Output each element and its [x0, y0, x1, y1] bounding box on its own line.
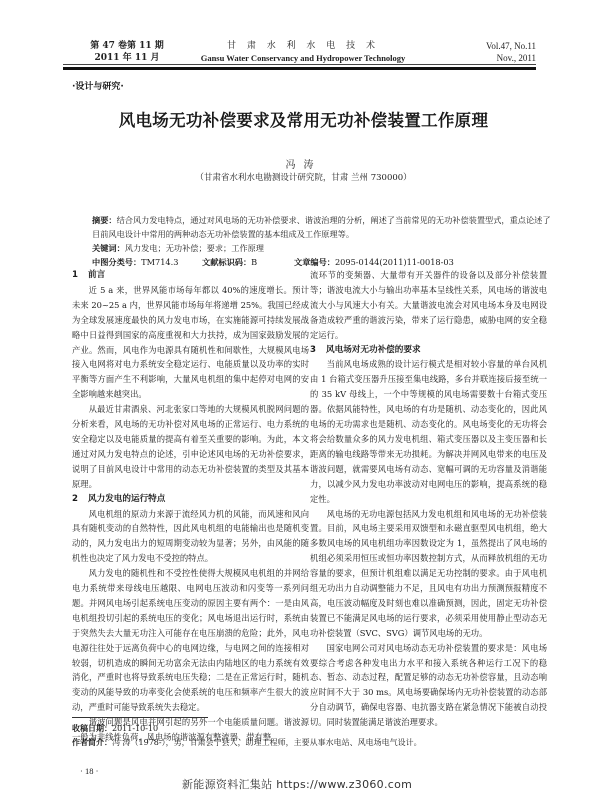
- abstract: 摘要：结合风力发电特点，通过对风电场的无功补偿要求、谐波治理的分析，阐述了当前常…: [92, 213, 552, 241]
- keywords: 关键词：风力发电；无功补偿；要求；工作原理: [92, 241, 552, 255]
- journal-name-cn: 甘 肃 水 利 水 电 技 术: [180, 40, 426, 52]
- paragraph: 风力发电的随机性和不受控性使得大规模风电机组的并网给电力系统带来母线电压越限、电…: [72, 566, 309, 715]
- header-rule-thick: [63, 67, 536, 70]
- paragraph: 国家电网公司对风电场动态无功补偿装置的要求是：风电场要综合考虑各种发电出力水平和…: [310, 641, 547, 730]
- author-bio: 作者简介：冯 涛（1978-），男，甘肃会宁县人，助理工程师，主要从事水电站、风…: [72, 736, 542, 750]
- received-label: 收稿日期：: [72, 724, 112, 733]
- paragraph: 从最近甘肃酒泉、河北张家口等地的大规模风机脱网问题的分析来看，风电场的无功补偿对…: [72, 402, 309, 491]
- issue-date: 2011 年 11 月: [72, 52, 182, 64]
- received-value: 2011-10-10: [112, 724, 158, 733]
- doc-code-label: 文献标识码：: [202, 257, 251, 267]
- footnote-rule: [72, 717, 208, 718]
- article-no-label: 文章编号：: [294, 257, 335, 267]
- volume-issue-en: Vol.47, No.11: [420, 40, 536, 52]
- paragraph: 风电场的无功电源包括风力发电机组和风电场的无功补偿装置。目前，风电场主要采用双馈…: [310, 507, 547, 641]
- clc-label: 中图分类号：: [92, 257, 141, 267]
- keywords-label: 关键词：: [92, 243, 125, 253]
- page-number: · 18 ·: [80, 766, 98, 776]
- keywords-text: 风力发电；无功补偿；要求；工作原理: [125, 243, 264, 253]
- volume-issue: 第 47 卷第 11 期: [72, 40, 182, 52]
- issue-date-en: Nov., 2011: [420, 52, 536, 64]
- author-name: 冯涛: [60, 156, 547, 171]
- classification-line: 中图分类号：TM714.3文献标识码：B文章编号：2095-0144(2011)…: [92, 255, 552, 269]
- section-1-heading: 1前言: [72, 268, 309, 283]
- bio-label: 作者简介：: [72, 738, 112, 747]
- clc-value: TM714.3: [141, 257, 178, 267]
- journal-issue-info: 第 47 卷第 11 期 2011 年 11 月: [72, 40, 182, 64]
- received-date: 收稿日期：2011-10-10: [72, 722, 542, 736]
- abstract-text: 结合风力发电特点，通过对风电场的无功补偿要求、谐波治理的分析，阐述了当前常见的无…: [92, 215, 551, 239]
- paragraph-continued: 流环节的变频器、大量带有开关器件的设备以及部分补偿装置等；谐波电流大小与输出功率…: [310, 268, 547, 343]
- section-3-heading: 3风电场对无功补偿的要求: [310, 343, 547, 358]
- right-column: 流环节的变频器、大量带有开关器件的设备以及部分补偿装置等；谐波电流大小与输出功率…: [310, 268, 547, 730]
- watermark: 新能源资料汇集站 https://www.z3060.com: [182, 776, 412, 792]
- doc-code-value: B: [251, 257, 257, 267]
- section-2-heading: 2风力发电的运行特点: [72, 492, 309, 507]
- header-rule-thin: [63, 64, 536, 65]
- paragraph: 当前风电场成熟的设计运行模式是相对较小容量的单台风机由 1 台箱式变压器升压接至…: [310, 357, 547, 506]
- paragraph: 风电机组的原动力来源于流经风力机的风能，而风速和风向具有随机变动的自然特性，因此…: [72, 507, 309, 567]
- article-title: 风电场无功补偿要求及常用无功补偿装置工作原理: [60, 107, 547, 131]
- paragraph: 近 5 a 来，世界风能市场每年都以 40%的速度增长。预计未来 20~25 a…: [72, 283, 309, 402]
- left-column: 1前言 近 5 a 来，世界风能市场每年都以 40%的速度增长。预计未来 20~…: [72, 268, 309, 745]
- author-affiliation: （甘肃省水利水电勘测设计研究院，甘肃 兰州 730000）: [60, 171, 547, 183]
- section-tag: ·设计与研究·: [72, 79, 124, 92]
- abstract-label: 摘要：: [92, 215, 117, 225]
- journal-name: 甘 肃 水 利 水 电 技 术 Gansu Water Conservancy …: [180, 40, 426, 64]
- bio-text: 冯 涛（1978-），男，甘肃会宁县人，助理工程师，主要从事水电站、风电场电气设…: [112, 738, 422, 747]
- journal-issue-info-en: Vol.47, No.11 Nov., 2011: [420, 40, 536, 64]
- article-no-value: 2095-0144(2011)11-0018-03: [335, 257, 454, 267]
- journal-name-en: Gansu Water Conservancy and Hydropower T…: [180, 52, 426, 64]
